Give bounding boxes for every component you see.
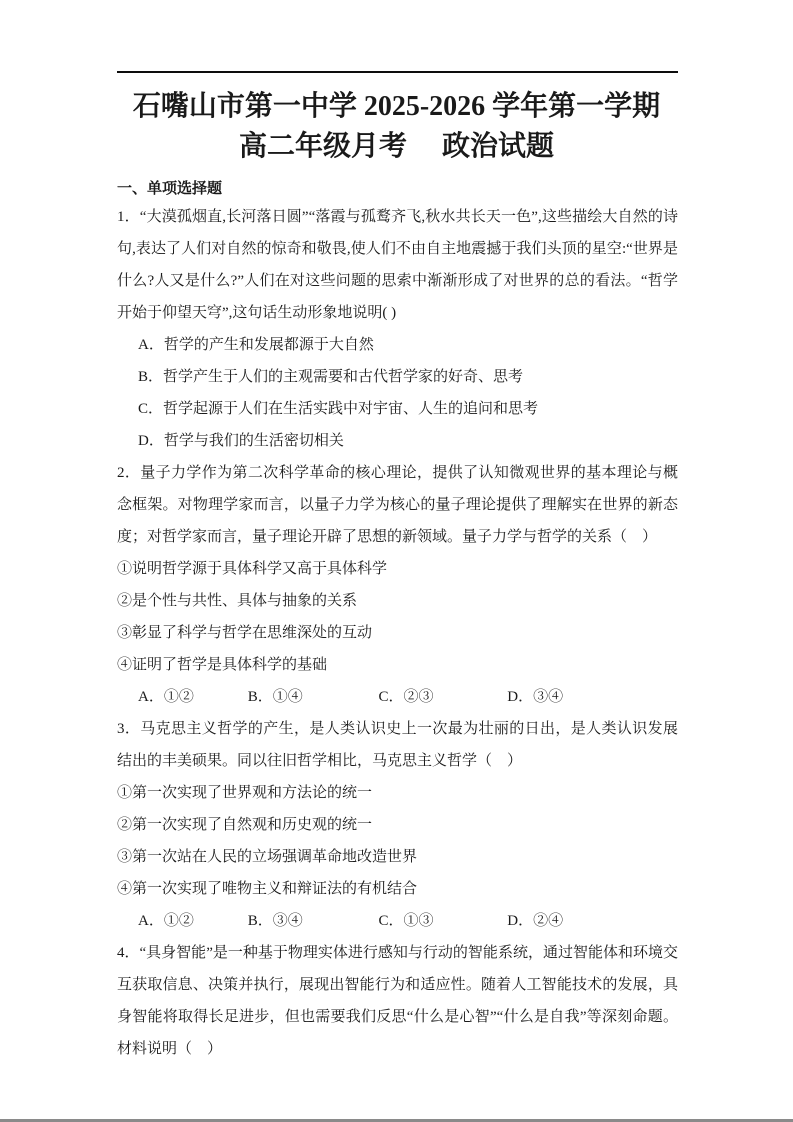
question-2-choice-c: C．②③ [379, 681, 504, 713]
question-2-choice-b: B．①④ [248, 681, 375, 713]
question-3-choice-c: C．①③ [379, 905, 504, 937]
question-2-statement-4: ④证明了哲学是具体科学的基础 [117, 649, 678, 681]
question-2-statement-3: ③彰显了科学与哲学在思维深处的互动 [117, 617, 678, 649]
section-heading: 一、单项选择题 [117, 177, 678, 201]
exam-title-line2: 高二年级月考 政治试题 [0, 127, 793, 167]
question-2-stem: 2．量子力学作为第二次科学革命的核心理论，提供了认知微观世界的基本理论与概念框架… [117, 457, 678, 553]
question-1-option-b: B．哲学产生于人们的主观需要和古代哲学家的好奇、思考 [117, 361, 678, 393]
question-2-choice-d: D．③④ [507, 681, 563, 713]
question-4-stem: 4．“具身智能”是一种基于物理实体进行感知与行动的智能系统，通过智能体和环境交互… [117, 937, 678, 1065]
question-1-option-d: D．哲学与我们的生活密切相关 [117, 425, 678, 457]
exam-title-line1: 石嘴山市第一中学 2025-2026 学年第一学期 [0, 87, 793, 127]
question-3-statement-1: ①第一次实现了世界观和方法论的统一 [117, 777, 678, 809]
question-3-stem: 3．马克思主义哲学的产生，是人类认识史上一次最为壮丽的日出，是人类认识发展结出的… [117, 713, 678, 777]
question-3-statement-3: ③第一次站在人民的立场强调革命地改造世界 [117, 841, 678, 873]
question-3-choice-b: B．③④ [248, 905, 375, 937]
question-1-stem: 1．“大漠孤烟直,长河落日圆”“落霞与孤鹜齐飞,秋水共长天一色”,这些描绘大自然… [117, 201, 678, 329]
header-rule [117, 71, 678, 73]
question-3-statement-4: ④第一次实现了唯物主义和辩证法的有机结合 [117, 873, 678, 905]
question-2-choices: A．①② B．①④ C．②③ D．③④ [117, 681, 678, 713]
question-3-choice-d: D．②④ [507, 905, 563, 937]
question-3-choices: A．①② B．③④ C．①③ D．②④ [117, 905, 678, 937]
question-2-statement-1: ①说明哲学源于具体科学又高于具体科学 [117, 553, 678, 585]
question-3-statement-2: ②第一次实现了自然观和历史观的统一 [117, 809, 678, 841]
exam-paper-page: 石嘴山市第一中学 2025-2026 学年第一学期 高二年级月考 政治试题 一、… [0, 0, 793, 1122]
question-2-statement-2: ②是个性与共性、具体与抽象的关系 [117, 585, 678, 617]
question-2-choice-a: A．①② [138, 681, 244, 713]
exam-body: 一、单项选择题 1．“大漠孤烟直,长河落日圆”“落霞与孤鹜齐飞,秋水共长天一色”… [117, 177, 678, 1065]
question-1-option-a: A．哲学的产生和发展都源于大自然 [117, 329, 678, 361]
question-3-choice-a: A．①② [138, 905, 244, 937]
question-1-option-c: C．哲学起源于人们在生活实践中对宇宙、人生的追问和思考 [117, 393, 678, 425]
exam-title: 石嘴山市第一中学 2025-2026 学年第一学期 高二年级月考 政治试题 [0, 87, 793, 167]
